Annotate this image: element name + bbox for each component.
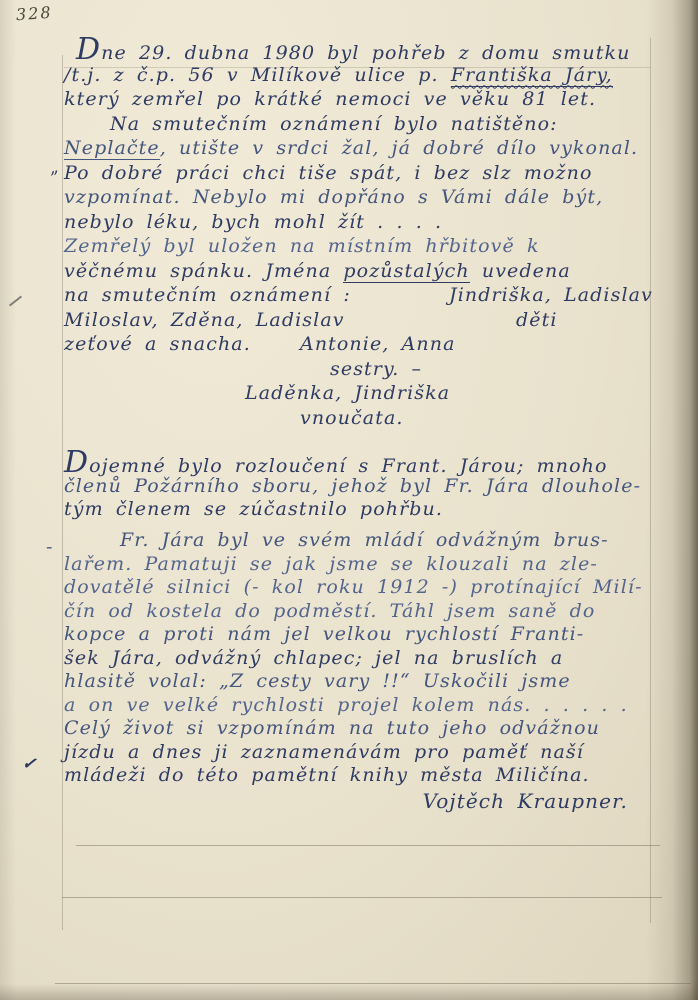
page-edge-shadow-left [0,0,16,1000]
survivors-children-names: Jindriška, Ladislav [449,283,653,308]
handwritten-line: sestry. – [64,357,654,382]
handwritten-line: vzpomínat. Nebylo mi dopřáno s Vámi dále… [64,185,654,210]
page-edge-shadow-bottom [0,984,698,1000]
handwritten-line: Celý život si vzpomínám na tuto jeho odv… [64,717,654,741]
paragraph-farewell: Dojemné bylo rozloučení s Frant. Járou; … [64,451,654,522]
text-segment: /t.j. z č.p. 56 v Milíkově ulice p. [64,64,451,86]
ruled-line [55,983,691,984]
handwritten-line: Laděnka, Jindriška [64,381,654,406]
handwritten-line: tým členem se zúčastnilo pohřbu. [64,498,654,522]
handwritten-line: Po dobré práci chci tiše spát, i bez slz… [64,161,654,186]
margin-quote-mark: „ [47,157,60,178]
margin-check-mark: ✓ [21,753,37,774]
text-segment: zeťové a snacha. [64,333,251,355]
handwritten-line: Dojemné bylo rozloučení s Frant. Járou; … [64,451,654,475]
survivors-sisters-names: Antonie, Anna [300,332,456,357]
handwritten-line: vnoučata. [64,406,654,431]
handwritten-line: lařem. Pamatuji se jak jsme se klouzali … [64,553,654,577]
ruled-line [76,845,660,846]
chronicle-page: 328 „ - ✓ Dne 29. dubna 1980 byl pohřeb … [0,0,698,1000]
text-segment: , utište v srdci žal, já dobré dílo vyko… [160,137,638,159]
handwritten-line: šek Jára, odvážný chlapec; jel na bruslí… [64,647,654,671]
text-segment: věčnému spánku. Jména [64,260,343,282]
handwritten-line: mládeži do této pamětní knihy města Mili… [64,764,654,788]
handwritten-line: jízdu a dnes ji zaznamenávám pro paměť n… [64,741,654,765]
handwritten-line: hlasitě volal: „Z cesty vary !!“ Uskočil… [64,670,654,694]
handwritten-line: Neplačte, utište v srdci žal, já dobré d… [64,136,654,161]
survivors-grandchildren-label: vnoučata. [300,406,404,431]
handwritten-line: Dne 29. dubna 1980 byl pohřeb z domu smu… [64,38,654,63]
handwritten-line: Miloslav, Zděna, Ladislavděti [64,308,654,333]
text-segment: na smutečním oznámení : [64,284,351,306]
margin-hyphen-mark: - [46,536,52,558]
paragraph-skating-memory: Fr. Jára byl ve svém mládí odvážným brus… [64,529,654,814]
ruled-line [62,897,662,898]
text-segment: uvedena [470,260,571,282]
page-number: 328 [15,3,53,25]
handwritten-line: členů Požárního sboru, jehož byl Fr. Jár… [64,475,654,499]
handwritten-line: zeťové a snacha.Antonie, Anna [64,332,654,357]
handwritten-line: věčnému spánku. Jména pozůstalých uveden… [64,259,654,284]
text-segment: Miloslav, Zděna, Ladislav [64,309,345,331]
survivors-grandchildren-names: Laděnka, Jindriška [245,381,450,406]
handwritten-line: nebylo léku, bych mohl žít . . . . [64,210,654,235]
handwritten-line: a on ve velké rychlosti projel kolem nás… [64,694,654,718]
paragraph-funeral-announcement: Dne 29. dubna 1980 byl pohřeb z domu smu… [64,38,654,430]
handwritten-line: na smutečním oznámení :Jindriška, Ladisl… [64,283,654,308]
handwritten-line: čín od kostela do podměstí. Táhl jsem sa… [64,600,654,624]
handwritten-line: Zemřelý byl uložen na místním hřbitově k [64,234,654,259]
survivors-children-label: děti [516,308,558,333]
survivors-sisters-label: sestry. – [330,357,422,382]
underlined-name-frantisek-jara: Františka Járy, [451,64,613,87]
handwritten-line: dovatělé silnici (- kol roku 1912 -) pro… [64,576,654,600]
handwritten-line: který zemřel po krátké nemoci ve věku 81… [64,87,654,112]
handwritten-line: Fr. Jára byl ve svém mládí odvážným brus… [64,529,654,553]
margin-line-left [62,55,63,930]
underlined-word: Neplačte [64,137,160,160]
handwritten-line: /t.j. z č.p. 56 v Milíkově ulice p. Fran… [64,63,654,88]
handwritten-line: kopce a proti nám jel velkou rychlostí F… [64,623,654,647]
handwritten-line: Na smutečním oznámení bylo natištěno: [64,112,654,137]
signature-vojtech-kraupner: Vojtěch Kraupner. [64,788,654,814]
underlined-word: pozůstalých [343,260,469,283]
